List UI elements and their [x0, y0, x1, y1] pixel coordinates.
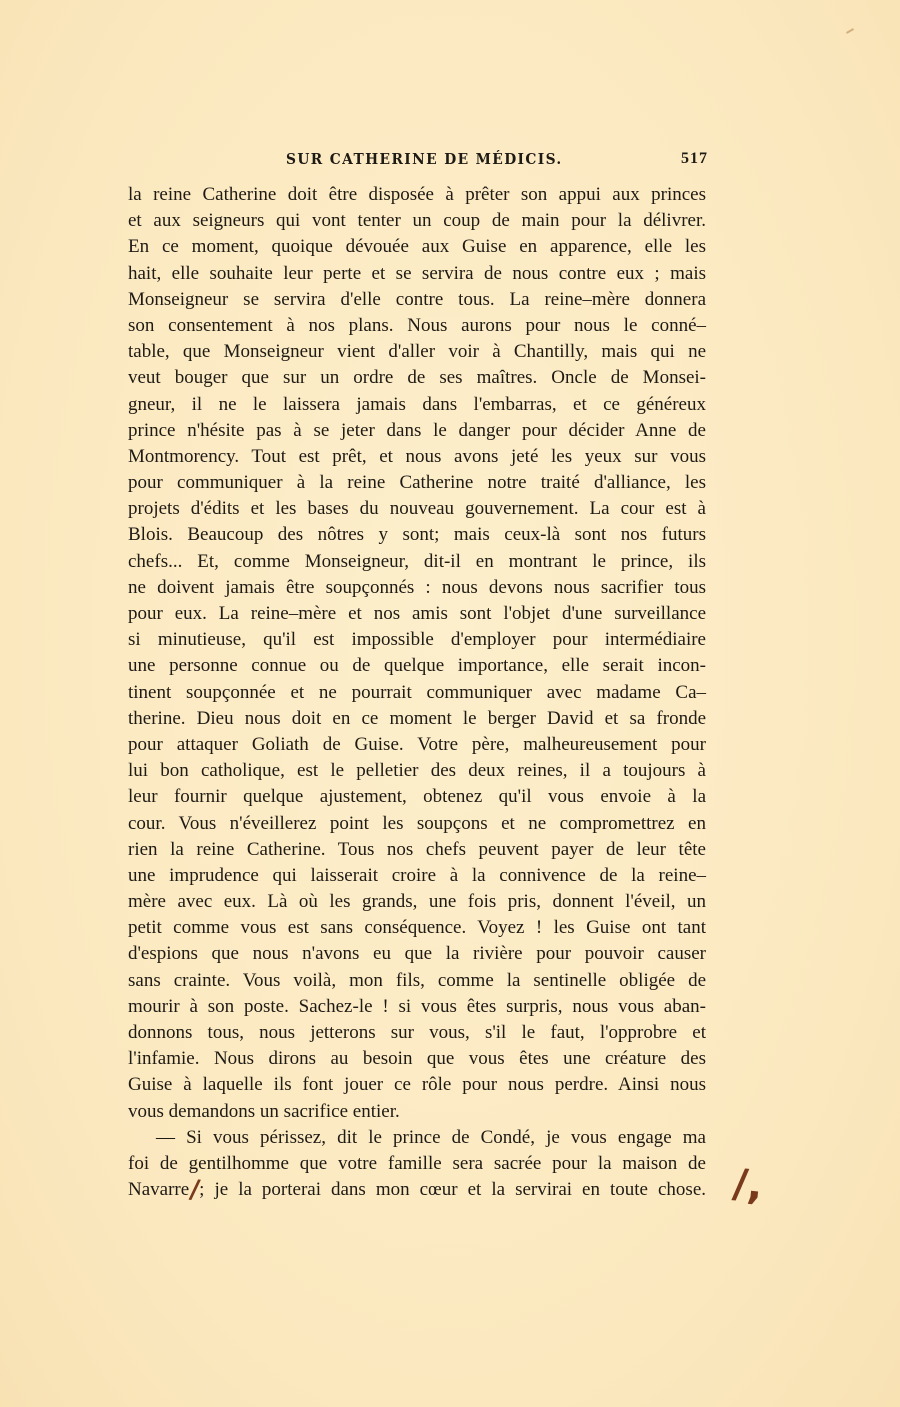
text-line: En ce moment, quoique dévouée aux Guise … [128, 234, 706, 260]
text-line: prince n'hésite pas à se jeter dans le d… [128, 418, 706, 444]
body-text: la reine Catherine doit être disposée à … [128, 182, 706, 1203]
text-line: petit comme vous est sans conséquence. V… [128, 915, 706, 941]
text-line: pour communiquer à la reine Catherine no… [128, 470, 706, 496]
text-line: une personne connue ou de quelque import… [128, 653, 706, 679]
text-line: projets d'édits et les bases du nouveau … [128, 496, 706, 522]
text-line: si minutieuse, qu'il est impossible d'em… [128, 627, 706, 653]
text-line: lui bon catholique, est le pelletier des… [128, 758, 706, 784]
text-line: table, que Monseigneur vient d'aller voi… [128, 339, 706, 365]
text-line: Montmorency. Tout est prêt, et nous avon… [128, 444, 706, 470]
paper-speck [846, 28, 854, 34]
text-line: foi de gentilhomme que votre famille ser… [128, 1151, 706, 1177]
text-line: d'espions que nous n'avons eu que la riv… [128, 941, 706, 967]
text-line: chefs... Et, comme Monseigneur, dit-il e… [128, 549, 706, 575]
text-line: Navarre ; je la porterai dans mon cœur e… [128, 1177, 706, 1203]
page-number: 517 [681, 150, 708, 168]
text-line: et aux seigneurs qui vont tenter un coup… [128, 208, 706, 234]
text-line: Monseigneur se servira d'elle contre tou… [128, 287, 706, 313]
running-title: SUR CATHERINE DE MÉDICIS. [286, 150, 563, 168]
text-line: hait, elle souhaite leur perte et se ser… [128, 261, 706, 287]
text-line: cour. Vous n'éveillerez point les soupço… [128, 811, 706, 837]
text-line: Blois. Beaucoup des nôtres y sont; mais … [128, 522, 706, 548]
text-line: vous demandons un sacrifice entier. [128, 1099, 706, 1125]
text-line: rien la reine Catherine. Tous nos chefs … [128, 837, 706, 863]
text-line: gneur, il ne le laissera jamais dans l'e… [128, 392, 706, 418]
book-page: SUR CATHERINE DE MÉDICIS. 517 la reine C… [0, 0, 900, 1407]
text-line: leur fournir quelque ajustement, obtenez… [128, 784, 706, 810]
text-line: une imprudence qui laisserait croire à l… [128, 863, 706, 889]
text-line: veut bouger que sur un ordre de ses maît… [128, 365, 706, 391]
text-line: son consentement à nos plans. Nous auron… [128, 313, 706, 339]
text-line: sans crainte. Vous voilà, mon fils, comm… [128, 968, 706, 994]
text-line: therine. Dieu nous doit en ce moment le … [128, 706, 706, 732]
text-line: Guise à laquelle ils font jouer ce rôle … [128, 1072, 706, 1098]
text-line: donnons tous, nous jetterons sur vous, s… [128, 1020, 706, 1046]
text-line: — Si vous périssez, dit le prince de Con… [128, 1125, 706, 1151]
text-line: tinent soupçonnée et ne pourrait communi… [128, 680, 706, 706]
text-line: ne doivent jamais être soupçonnés : nous… [128, 575, 706, 601]
text-line: la reine Catherine doit être disposée à … [128, 182, 706, 208]
text-line: mère avec eux. Là où les grands, une foi… [128, 889, 706, 915]
text-line: pour eux. La reine–mère et nos amis sont… [128, 601, 706, 627]
text-line: l'infamie. Nous dirons au besoin que vou… [128, 1046, 706, 1072]
running-head: SUR CATHERINE DE MÉDICIS. 517 [128, 150, 706, 176]
text-line: mourir à son poste. Sachez-le ! si vous … [128, 994, 706, 1020]
handwritten-margin-mark: /, [731, 1161, 765, 1210]
text-line: pour attaquer Goliath de Guise. Votre pè… [128, 732, 706, 758]
